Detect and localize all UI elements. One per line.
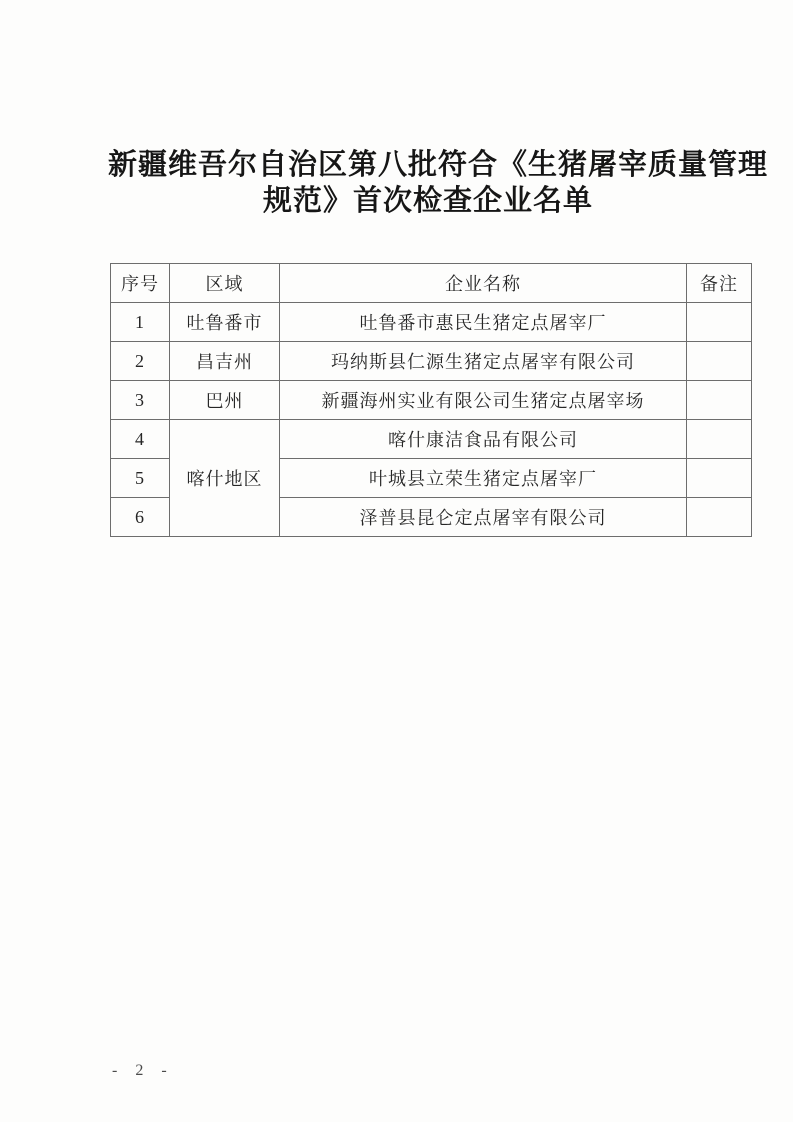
cell-enterprise-name: 泽普县昆仑定点屠宰有限公司 [280, 498, 687, 537]
cell-region-merged: 喀什地区 [170, 420, 280, 537]
table-row: 3 巴州 新疆海州实业有限公司生猪定点屠宰场 [111, 381, 752, 420]
table-row: 1 吐鲁番市 吐鲁番市惠民生猪定点屠宰厂 [111, 303, 752, 342]
cell-remark [687, 420, 752, 459]
cell-enterprise-name: 吐鲁番市惠民生猪定点屠宰厂 [280, 303, 687, 342]
cell-serial-number: 6 [111, 498, 170, 537]
cell-serial-number: 2 [111, 342, 170, 381]
table-row: 2 昌吉州 玛纳斯县仁源生猪定点屠宰有限公司 [111, 342, 752, 381]
cell-serial-number: 3 [111, 381, 170, 420]
page-number: - 2 - [112, 1062, 174, 1080]
cell-enterprise-name: 叶城县立荣生猪定点屠宰厂 [280, 459, 687, 498]
header-enterprise-name: 企业名称 [280, 264, 687, 303]
document-page: 新疆维吾尔自治区第八批符合《生猪屠宰质量管理 规范》首次检查企业名单 序号 区域… [0, 0, 793, 1122]
cell-region: 昌吉州 [170, 342, 280, 381]
cell-serial-number: 4 [111, 420, 170, 459]
cell-region: 巴州 [170, 381, 280, 420]
cell-remark [687, 303, 752, 342]
cell-remark [687, 381, 752, 420]
document-title: 新疆维吾尔自治区第八批符合《生猪屠宰质量管理 规范》首次检查企业名单 [108, 147, 748, 219]
title-line-1: 新疆维吾尔自治区第八批符合《生猪屠宰质量管理 [108, 147, 748, 183]
cell-serial-number: 1 [111, 303, 170, 342]
cell-enterprise-name: 新疆海州实业有限公司生猪定点屠宰场 [280, 381, 687, 420]
cell-serial-number: 5 [111, 459, 170, 498]
enterprise-table: 序号 区域 企业名称 备注 1 吐鲁番市 吐鲁番市惠民生猪定点屠宰厂 2 昌吉州… [110, 263, 752, 537]
cell-enterprise-name: 喀什康洁食品有限公司 [280, 420, 687, 459]
header-remark: 备注 [687, 264, 752, 303]
cell-remark [687, 342, 752, 381]
cell-remark [687, 459, 752, 498]
title-line-2: 规范》首次检查企业名单 [108, 183, 748, 219]
cell-remark [687, 498, 752, 537]
cell-enterprise-name: 玛纳斯县仁源生猪定点屠宰有限公司 [280, 342, 687, 381]
header-region: 区域 [170, 264, 280, 303]
table-header-row: 序号 区域 企业名称 备注 [111, 264, 752, 303]
cell-region: 吐鲁番市 [170, 303, 280, 342]
table-row: 4 喀什地区 喀什康洁食品有限公司 [111, 420, 752, 459]
header-serial-number: 序号 [111, 264, 170, 303]
